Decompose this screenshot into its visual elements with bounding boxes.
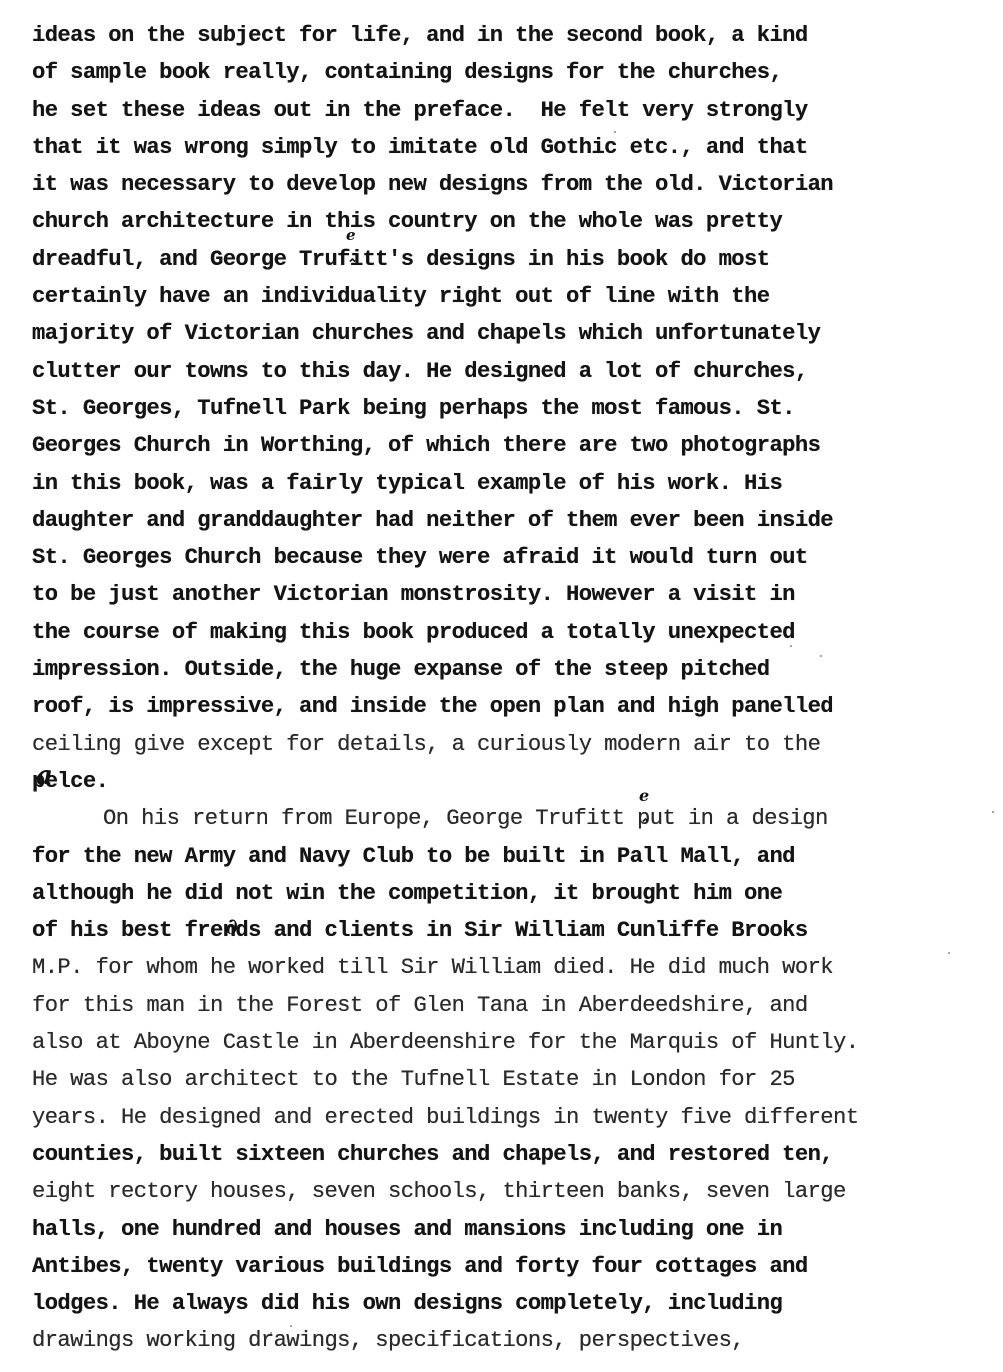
text-line: although he did not win the competition,…: [32, 875, 997, 912]
paragraph-start-line: On his return from Europe, George Trufit…: [32, 800, 997, 837]
text-line: drawings working drawings, specification…: [32, 1322, 997, 1359]
text-line: also at Aboyne Castle in Aberdeenshire f…: [32, 1024, 997, 1061]
text-line: of his best frends and clients in Sir Wi…: [32, 912, 997, 949]
handwritten-correction-mark: e: [639, 788, 649, 804]
handwritten-circle-mark: ∂: [226, 916, 238, 938]
text-line: for the new Army and Navy Club to be bui…: [32, 838, 997, 875]
text-line: halls, one hundred and houses and mansio…: [32, 1211, 997, 1248]
text-line: ideas on the subject for life, and in th…: [32, 17, 997, 54]
text-line: daughter and granddaughter had neither o…: [32, 502, 997, 539]
text-line: for this man in the Forest of Glen Tana …: [32, 987, 997, 1024]
text-line: dreadful, and George Trufitt's designs i…: [32, 241, 997, 278]
scan-speck: [790, 645, 792, 647]
text-line: eight rectory houses, seven schools, thi…: [32, 1173, 997, 1210]
handwritten-overstrike-mark: a: [36, 763, 53, 789]
caret-insert-mark: ⌃: [347, 258, 358, 271]
scan-speck: [614, 131, 616, 133]
text-line: St. Georges, Tufnell Park being perhaps …: [32, 390, 997, 427]
text-line: Antibes, twenty various buildings and fo…: [32, 1248, 997, 1285]
text-line: roof, is impressive, and inside the open…: [32, 688, 997, 725]
text-line: the course of making this book produced …: [32, 614, 997, 651]
text-line: ceiling give except for details, a curio…: [32, 726, 997, 763]
text-line: he set these ideas out in the preface. H…: [32, 92, 997, 129]
scan-speck: [270, 1332, 272, 1334]
text-line: years. He designed and erected buildings…: [32, 1099, 997, 1136]
scan-speck: [992, 811, 994, 813]
text-line: certainly have an individuality right ou…: [32, 278, 997, 315]
text-line: lodges. He always did his own designs co…: [32, 1285, 997, 1322]
text-line: St. Georges Church because they were afr…: [32, 539, 997, 576]
typewritten-page: ideas on the subject for life, and in th…: [0, 0, 1003, 1372]
handwritten-correction-mark: e: [346, 228, 356, 243]
text-line: of sample book really, containing design…: [32, 54, 997, 91]
text-line: counties, built sixteen churches and cha…: [32, 1136, 997, 1173]
text-line: He was also architect to the Tufnell Est…: [32, 1061, 997, 1098]
text-line: in this book, was a fairly typical examp…: [32, 465, 997, 502]
text-line: impression. Outside, the huge expanse of…: [32, 651, 997, 688]
scan-speck: [290, 1325, 292, 1327]
caret-insert-mark: ⌃: [640, 818, 651, 831]
text-line: majority of Victorian churches and chape…: [32, 315, 997, 352]
text-line: pelce.: [32, 763, 997, 800]
text-line: Georges Church in Worthing, of which the…: [32, 427, 997, 464]
text-line: to be just another Victorian monstrosity…: [32, 576, 997, 613]
text-line: it was necessary to develop new designs …: [32, 166, 997, 203]
document-body: ideas on the subject for life, and in th…: [32, 17, 997, 1360]
text-line: that it was wrong simply to imitate old …: [32, 129, 997, 166]
text-line: church architecture in this country on t…: [32, 203, 997, 240]
text-line: M.P. for whom he worked till Sir William…: [32, 949, 997, 986]
scan-speck: [820, 655, 822, 657]
scan-speck: [948, 952, 950, 954]
text-line: clutter our towns to this day. He design…: [32, 353, 997, 390]
